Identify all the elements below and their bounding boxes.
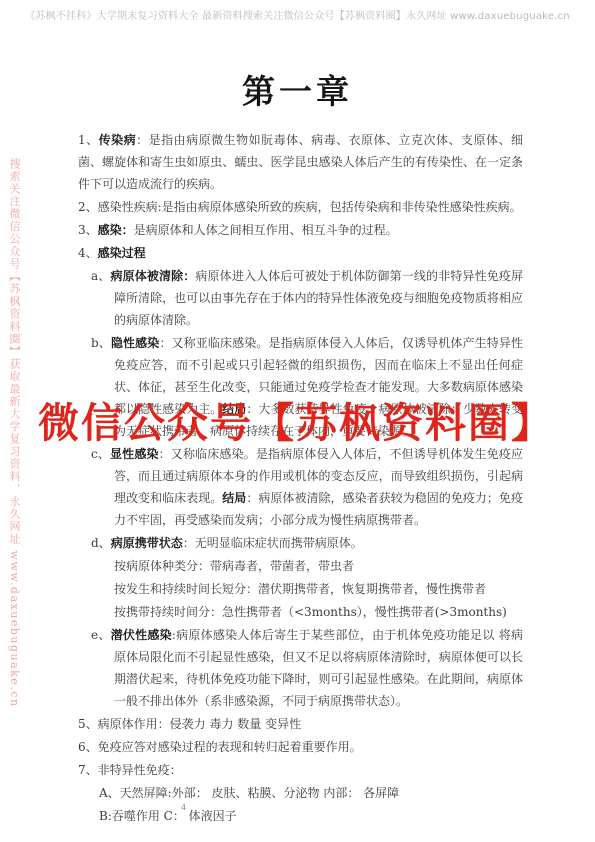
text-run: 按携带持续时间分：急性携带者（<3months），慢性携带者(>3months) — [114, 605, 507, 619]
paragraph: c、显性感染：又称临床感染。是指病原体侵入人体后，不但诱导机体发生免疫应答，而且… — [78, 443, 523, 531]
text-run: :病原体感染人体后寄生于某些部位，由于机体免疫功能足以 将病原体局限化而不引起显… — [114, 628, 523, 708]
bold-text-run: 显性感染 — [110, 447, 159, 461]
center-watermark-text: 微信公众号【苏枫资料圈】 — [38, 390, 554, 449]
page-header-text: 《苏枫不挂科》大学期末复习资料大全 最新资料搜索关注微信公众号【苏枫资料圈】永久… — [0, 7, 595, 22]
paragraph: d、病原携带状态：无明显临床症状而携带病原体。 — [78, 532, 523, 554]
paragraph: 1、传染病：是指由病原微生物如朊毒体、病毒、衣原体、立克次体、支原体、细菌、螺旋… — [78, 129, 523, 195]
bold-text-run: 感染过程 — [98, 246, 146, 260]
paragraph: a、病原体被清除：病原体进入人体后可被处于机体防御第一线的非特异性免疫屏障所清除… — [78, 265, 523, 331]
text-run: 按病原体种类分：带病毒者，带菌者，带虫者 — [114, 559, 354, 573]
text-run: c、 — [91, 447, 110, 461]
bold-text-run: 结局 — [222, 491, 246, 505]
text-run: 是病原体和人体之间相互作用、相互斗争的过程。 — [134, 223, 398, 237]
text-run: e、 — [91, 628, 111, 642]
text-run: d、 — [91, 536, 111, 550]
paragraph: 4、感染过程 — [78, 242, 523, 264]
text-run: b、 — [91, 336, 111, 350]
text-run: B:吞噬作用 C： 体液因子 — [99, 809, 237, 823]
text-run: 5、病原体作用：侵袭力 毒力 数量 变异性 — [78, 717, 301, 731]
text-run: 4、 — [78, 246, 98, 260]
text-run: 7、非特异性免疫： — [78, 763, 182, 777]
paragraph: 3、感染：是病原体和人体之间相互作用、相互斗争的过程。 — [78, 219, 523, 241]
text-run: 2、感染性疾病:是指由病原体感染所致的疾病，包括传染病和非传染性感染性疾病。 — [78, 200, 522, 214]
paragraph: 按发生和持续时间长短分：潜伏期携带者，恢复期携带者，慢性携带者 — [78, 578, 523, 600]
paragraph: 2、感染性疾病:是指由病原体感染所致的疾病，包括传染病和非传染性感染性疾病。 — [78, 196, 523, 218]
document-body: 1、传染病：是指由病原微生物如朊毒体、病毒、衣原体、立克次体、支原体、细菌、螺旋… — [78, 129, 523, 827]
text-run: A、天然屏障:外部： 皮肤、粘膜、分泌物 内部： 各屏障 — [99, 786, 399, 800]
text-run: 3、 — [78, 223, 98, 237]
bold-text-run: 潜伏性感染 — [111, 628, 172, 642]
text-run: ：是指由病原微生物如朊毒体、病毒、衣原体、立克次体、支原体、细菌、螺旋体和寄生虫… — [78, 133, 523, 191]
text-run: 6、免疫应答对感染过程的表现和转归起着重要作用。 — [78, 740, 362, 754]
bold-text-run: 病原体被清除： — [110, 269, 195, 283]
text-run: 按发生和持续时间长短分：潜伏期携带者，恢复期携带者，慢性携带者 — [114, 582, 486, 596]
text-run: 1、 — [78, 133, 99, 147]
paragraph: 6、免疫应答对感染过程的表现和转归起着重要作用。 — [78, 736, 523, 758]
paragraph: 按携带持续时间分：急性携带者（<3months），慢性携带者(>3months) — [78, 601, 523, 623]
paragraph: 7、非特异性免疫： — [78, 759, 523, 781]
text-run: a、 — [91, 269, 110, 283]
bold-text-run: 病原携带状态 — [111, 536, 183, 550]
paragraph: 按病原体种类分：带病毒者，带菌者，带虫者 — [78, 555, 523, 577]
paragraph: B:吞噬作用 C： 体液因子 — [78, 805, 523, 827]
text-run: ：无明显临床症状而携带病原体。 — [183, 536, 363, 550]
paragraph: 5、病原体作用：侵袭力 毒力 数量 变异性 — [78, 713, 523, 735]
paragraph: e、潜伏性感染:病原体感染人体后寄生于某些部位，由于机体免疫功能足以 将病原体局… — [78, 624, 523, 712]
bold-text-run: 隐性感染 — [111, 336, 160, 350]
bold-text-run: 传染病 — [99, 133, 137, 147]
side-watermark-text: 搜索关注微信公众号【苏枫资料圈】获取最新大学复习资料，永久网址 www.daxu… — [6, 158, 22, 718]
bold-text-run: 感染： — [98, 223, 134, 237]
document-page: 《苏枫不挂科》大学期末复习资料大全 最新资料搜索关注微信公众号【苏枫资料圈】永久… — [0, 0, 595, 842]
paragraph: A、天然屏障:外部： 皮肤、粘膜、分泌物 内部： 各屏障 — [78, 782, 523, 804]
